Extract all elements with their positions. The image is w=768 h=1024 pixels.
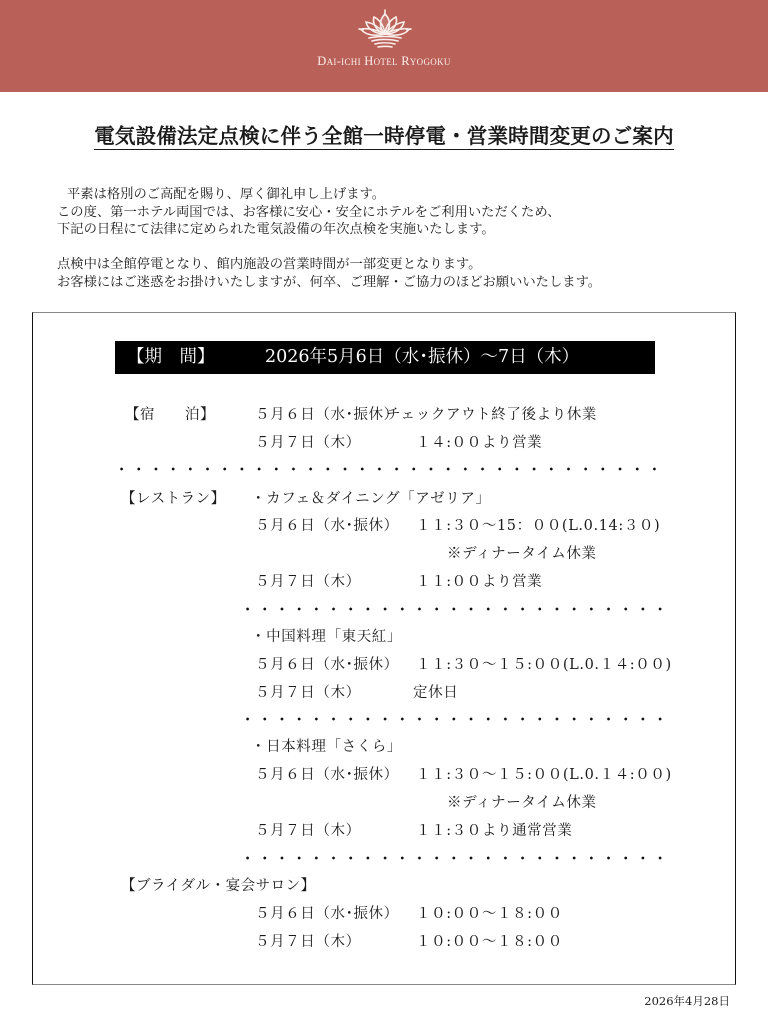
toutenkou-date-2: ５月７日（木） — [255, 683, 361, 703]
lotus-wave-icon — [355, 6, 415, 50]
hotel-brand-name: Dai-ichi Hotel Ryogoku — [0, 54, 768, 69]
azalea-detail-1: １１:３０～15：００(L.0.14:３０) — [416, 516, 660, 536]
bridal-date-2: ５月７日（木） — [255, 932, 361, 952]
sakura-date-1: ５月６日（水･振休） — [255, 765, 399, 785]
dotted-divider — [239, 606, 669, 612]
intro-line: 平素は格別のご高配を賜り、厚く御礼申し上げます。 — [57, 186, 747, 204]
azalea-detail-2: １１:００より営業 — [416, 572, 542, 592]
lodging-date-2: ５月７日（木） — [255, 433, 361, 453]
venue-name-azalea: ・カフェ＆ダイニング「アゼリア」 — [251, 489, 491, 509]
azalea-note: ※ディナータイム休業 — [447, 544, 597, 564]
bridal-detail-1: １０:００～１８:００ — [416, 904, 563, 924]
dotted-divider — [239, 855, 669, 861]
hotel-header-band: Dai-ichi Hotel Ryogoku — [0, 0, 768, 92]
category-restaurants: 【レストラン】 — [121, 489, 226, 509]
azalea-date-1: ５月６日（水･振休） — [255, 516, 399, 536]
azalea-date-2: ５月７日（木） — [255, 572, 361, 592]
intro-line: お客様にはご迷惑をお掛けいたしますが、何卒、ご理解・ご協力のほどお願いいたします… — [57, 274, 747, 292]
bridal-date-1: ５月６日（水･振休） — [255, 904, 399, 924]
lodging-date-1: ５月６日（水･振休） — [255, 405, 399, 425]
venue-name-toutenkou: ・中国料理「東天紅」 — [251, 627, 402, 647]
toutenkou-detail-2: 定休日 — [413, 683, 458, 703]
period-label: 【期 間】 — [127, 341, 215, 374]
notice-title: 電気設備法定点検に伴う全館一時停電・営業時間変更のご案内 — [0, 122, 768, 150]
category-bridal-banquet: 【ブライダル・宴会サロン】 — [121, 876, 316, 896]
venue-name-sakura: ・日本料理「さくら」 — [251, 737, 402, 757]
bridal-detail-2: １０:００～１８:００ — [416, 932, 563, 952]
sakura-detail-1: １１:３０～１５:００(L.0.１４:００) — [416, 765, 672, 785]
issue-date: 2026年4月28日 — [644, 993, 730, 1009]
lodging-detail-2: １４:００より営業 — [416, 433, 542, 453]
sakura-date-2: ５月７日（木） — [255, 821, 361, 841]
toutenkou-date-1: ５月６日（水･振休） — [255, 655, 399, 675]
intro-line: 点検中は全館停電となり、館内施設の営業時間が一部変更となります。 — [57, 256, 747, 274]
schedule-box: 【期 間】 2026年5月6日（水･振休）～7日（木） 【宿 泊】 ５月６日（水… — [32, 312, 736, 985]
period-value: 2026年5月6日（水･振休）～7日（木） — [265, 341, 579, 374]
intro-paragraphs: 平素は格別のご高配を賜り、厚く御礼申し上げます。 この度、第一ホテル両国では、お… — [57, 186, 747, 291]
intro-line: この度、第一ホテル両国では、お客様に安心・安全にホテルをご利用いただくため、 — [57, 204, 747, 222]
sakura-detail-2: １１:３０より通常営業 — [416, 821, 572, 841]
sakura-note: ※ディナータイム休業 — [447, 793, 597, 813]
period-banner: 【期 間】 2026年5月6日（水･振休）～7日（木） — [115, 341, 655, 374]
category-lodging: 【宿 泊】 — [125, 405, 215, 425]
toutenkou-detail-1: １１:３０～１５:００(L.0.１４:００) — [416, 655, 672, 675]
notice-title-text: 電気設備法定点検に伴う全館一時停電・営業時間変更のご案内 — [94, 124, 674, 150]
dotted-divider — [239, 716, 669, 722]
lodging-detail-1: チェックアウト終了後より休業 — [386, 405, 597, 425]
dotted-divider — [113, 466, 663, 472]
intro-line: 下記の日程にて法律に定められた電気設備の年次点検を実施いたします。 — [57, 221, 747, 239]
